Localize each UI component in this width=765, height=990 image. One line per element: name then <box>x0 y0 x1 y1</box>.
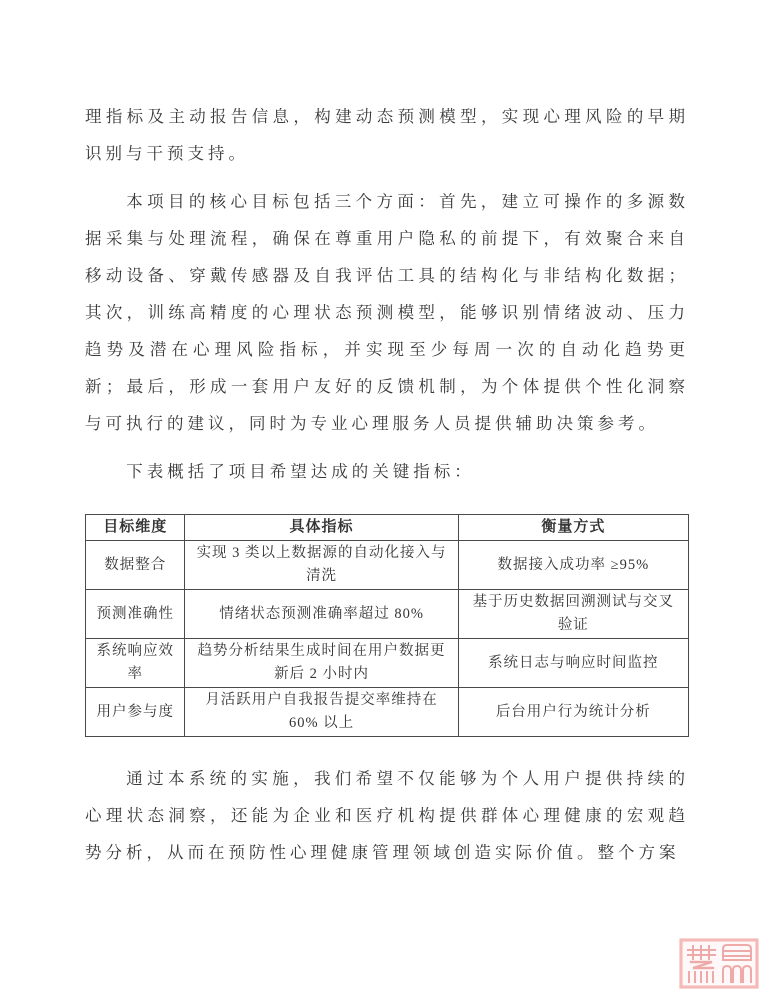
header-metric: 具体指标 <box>185 515 458 541</box>
table-row: 系统响应效率 趋势分析结果生成时间在用户数据更新后 2 小时内 系统日志与响应时… <box>86 639 689 688</box>
table-row: 用户参与度 月活跃用户自我报告提交率维持在 60% 以上 后台用户行为统计分析 <box>86 688 689 737</box>
cell-metric: 月活跃用户自我报告提交率维持在 60% 以上 <box>185 688 458 737</box>
red-seal-watermark <box>679 938 759 989</box>
cell-method: 后台用户行为统计分析 <box>458 688 688 737</box>
cell-dimension: 预测准确性 <box>86 590 185 639</box>
document-body: 理指标及主动报告信息，构建动态预测模型，实现心理风险的早期识别与干预支持。 本项… <box>85 98 689 871</box>
table-row: 数据整合 实现 3 类以上数据源的自动化接入与清洗 数据接入成功率 ≥95% <box>86 541 689 590</box>
cell-metric: 实现 3 类以上数据源的自动化接入与清洗 <box>185 541 458 590</box>
cell-dimension: 系统响应效率 <box>86 639 185 688</box>
paragraph-table-intro: 下表概括了项目希望达成的关键指标： <box>85 453 689 490</box>
paragraph-closing: 通过本系统的实施，我们希望不仅能够为个人用户提供持续的心理状态洞察，还能为企业和… <box>85 760 689 871</box>
header-method: 衡量方式 <box>458 515 688 541</box>
cell-metric: 趋势分析结果生成时间在用户数据更新后 2 小时内 <box>185 639 458 688</box>
cell-method: 基于历史数据回溯测试与交叉验证 <box>458 590 688 639</box>
cell-metric: 情绪状态预测准确率超过 80% <box>185 590 458 639</box>
kpi-table: 目标维度 具体指标 衡量方式 数据整合 实现 3 类以上数据源的自动化接入与清洗… <box>85 514 689 737</box>
table-row: 预测准确性 情绪状态预测准确率超过 80% 基于历史数据回溯测试与交叉验证 <box>86 590 689 639</box>
table-header-row: 目标维度 具体指标 衡量方式 <box>86 515 689 541</box>
paragraph-core-goals: 本项目的核心目标包括三个方面：首先，建立可操作的多源数据采集与处理流程，确保在尊… <box>85 183 689 442</box>
cell-method: 数据接入成功率 ≥95% <box>458 541 688 590</box>
header-dimension: 目标维度 <box>86 515 185 541</box>
document-page: 理指标及主动报告信息，构建动态预测模型，实现心理风险的早期识别与干预支持。 本项… <box>0 0 765 990</box>
cell-dimension: 用户参与度 <box>86 688 185 737</box>
paragraph-continuation: 理指标及主动报告信息，构建动态预测模型，实现心理风险的早期识别与干预支持。 <box>85 98 689 172</box>
red-seal-stamp-icon <box>679 938 759 989</box>
cell-method: 系统日志与响应时间监控 <box>458 639 688 688</box>
cell-dimension: 数据整合 <box>86 541 185 590</box>
